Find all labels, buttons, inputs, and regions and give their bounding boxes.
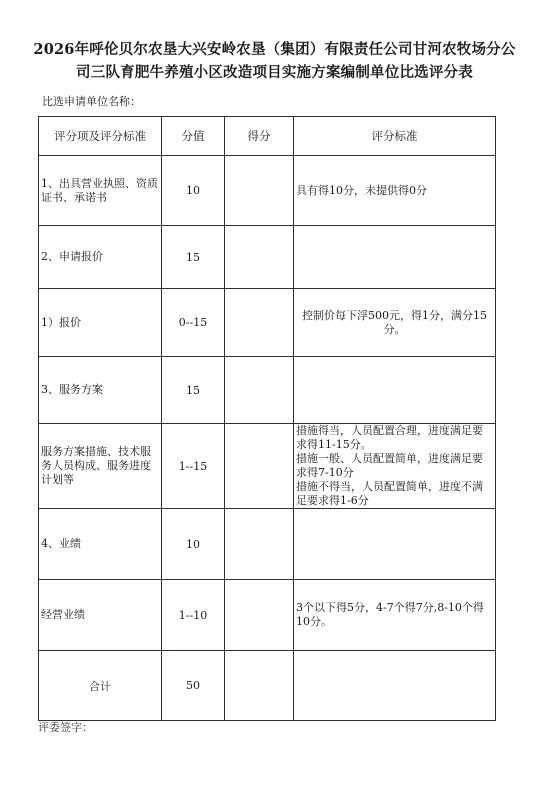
document-title: 2026年呼伦贝尔农垦大兴安岭农垦（集团）有限责任公司甘河农牧场分公 司三队育肥… xyxy=(0,38,549,84)
table-row: 2、申请报价 15 xyxy=(39,226,496,289)
row-score-cell[interactable] xyxy=(225,226,294,289)
row-value: 10 xyxy=(162,156,225,226)
row-score-cell[interactable] xyxy=(225,424,294,509)
title-line-2: 司三队育肥牛养殖小区改造项目实施方案编制单位比选评分表 xyxy=(0,61,549,84)
row-value: 15 xyxy=(162,357,225,424)
total-label: 合计 xyxy=(39,651,162,721)
table-row: 1、出具营业执照、资质证书、承诺书 10 具有得10分，未提供得0分 xyxy=(39,156,496,226)
row-standard: 措施得当，人员配置合理，进度满足要求得11-15分。 措施一般、人员配置简单，进… xyxy=(294,424,496,509)
row-value: 15 xyxy=(162,226,225,289)
row-value: 10 xyxy=(162,509,225,580)
row-score-cell[interactable] xyxy=(225,580,294,651)
row-standard: 具有得10分，未提供得0分 xyxy=(294,156,496,226)
row-value: 0--15 xyxy=(162,289,225,357)
scoring-table: 评分项及评分标准 分值 得分 评分标准 1、出具营业执照、资质证书、承诺书 10… xyxy=(38,116,496,721)
row-item: 经营业绩 xyxy=(39,580,162,651)
header-score: 得分 xyxy=(225,117,294,156)
header-item: 评分项及评分标准 xyxy=(39,117,162,156)
row-standard: 3个以下得5分，4-7个得7分,8-10个得10分。 xyxy=(294,580,496,651)
total-value: 50 xyxy=(162,651,225,721)
standard-line: 措施不得当，人员配置简单，进度不满足要求得1-6分 xyxy=(296,480,493,508)
header-standard: 评分标准 xyxy=(294,117,496,156)
row-item: 服务方案措施、技术服务人员构成、服务进度计划等 xyxy=(39,424,162,509)
row-value: 1--10 xyxy=(162,580,225,651)
row-score-cell[interactable] xyxy=(225,509,294,580)
total-standard xyxy=(294,651,496,721)
row-score-cell[interactable] xyxy=(225,156,294,226)
judge-signature-label: 评委签字： xyxy=(38,719,93,735)
table-header-row: 评分项及评分标准 分值 得分 评分标准 xyxy=(39,117,496,156)
header-value: 分值 xyxy=(162,117,225,156)
row-item: 2、申请报价 xyxy=(39,226,162,289)
row-item: 1）报价 xyxy=(39,289,162,357)
table-row: 3、服务方案 15 xyxy=(39,357,496,424)
table-total-row: 合计 50 xyxy=(39,651,496,721)
table-row: 1）报价 0--15 控制价每下浮500元，得1分，满分15分。 xyxy=(39,289,496,357)
row-standard: 控制价每下浮500元，得1分，满分15分。 xyxy=(294,289,496,357)
title-line-1: 2026年呼伦贝尔农垦大兴安岭农垦（集团）有限责任公司甘河农牧场分公 xyxy=(0,38,549,61)
table-row: 4、业绩 10 xyxy=(39,509,496,580)
applicant-name-label: 比选申请单位名称： xyxy=(42,93,141,109)
row-value: 1--15 xyxy=(162,424,225,509)
row-item: 3、服务方案 xyxy=(39,357,162,424)
row-standard xyxy=(294,357,496,424)
row-score-cell[interactable] xyxy=(225,289,294,357)
row-standard xyxy=(294,226,496,289)
row-standard xyxy=(294,509,496,580)
table-row: 经营业绩 1--10 3个以下得5分，4-7个得7分,8-10个得10分。 xyxy=(39,580,496,651)
total-score-cell[interactable] xyxy=(225,651,294,721)
standard-line: 措施一般、人员配置简单，进度满足要求得7-10分 xyxy=(296,452,493,480)
row-score-cell[interactable] xyxy=(225,357,294,424)
row-item: 4、业绩 xyxy=(39,509,162,580)
standard-line: 措施得当，人员配置合理，进度满足要求得11-15分。 xyxy=(296,424,493,452)
table-row: 服务方案措施、技术服务人员构成、服务进度计划等 1--15 措施得当，人员配置合… xyxy=(39,424,496,509)
row-item: 1、出具营业执照、资质证书、承诺书 xyxy=(39,156,162,226)
